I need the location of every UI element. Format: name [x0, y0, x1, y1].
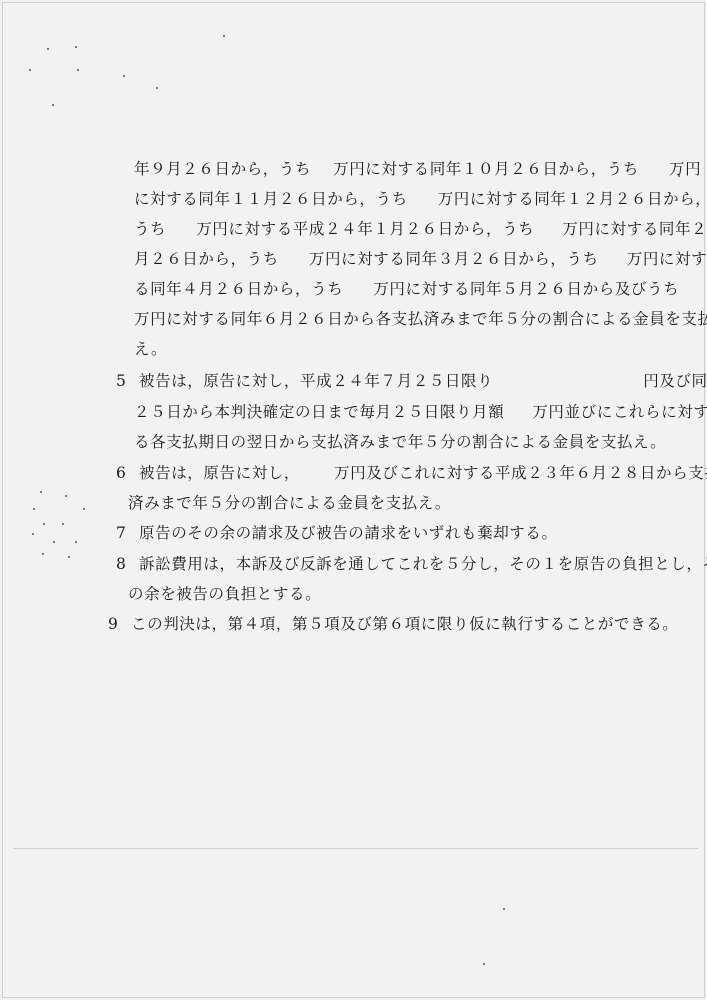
- text-line: 月２６日から，うち万円に対する同年３月２６日から，うち万円に対す: [134, 249, 707, 269]
- text-segment: この判決は，第４項，第５項及び第６項に限り仮に執行することができる。: [131, 615, 678, 633]
- item-number: 6: [116, 463, 126, 483]
- scan-speck: [75, 541, 77, 543]
- text-line: 被告は，原告に対し，平成２４年７月２５日限り円及び同年８月: [139, 371, 707, 391]
- text-line: に対する同年１１月２６日から，うち万円に対する同年１２月２６日から，: [134, 189, 707, 209]
- text-segment: 万円並びにこれらに対す: [532, 403, 707, 421]
- text-line: 原告のその余の請求及び被告の請求をいずれも棄却する。: [139, 523, 558, 543]
- text-segment: うち: [134, 220, 166, 238]
- item-number: 9: [108, 614, 118, 634]
- text-segment: 済みまで年５分の割合による金員を支払え。: [128, 494, 451, 512]
- text-segment: 万円及びこれに対する平成２３年６月２８日から支払: [334, 464, 707, 482]
- scan-speck: [40, 491, 42, 493]
- scan-speck: [32, 533, 34, 535]
- text-segment: 月２６日から，うち: [134, 250, 279, 268]
- text-line: 万円に対する同年６月２６日から各支払済みまで年５分の割合による金員を支払: [134, 309, 707, 329]
- text-segment: 訴訟費用は，本訴及び反訴を通してこれを５分し，その１を原告の負担とし，そ: [139, 555, 707, 573]
- text-line: え。: [134, 339, 167, 359]
- text-segment: 万円に対す: [627, 250, 707, 268]
- text-line: 被告は，原告に対し，万円及びこれに対する平成２３年６月２８日から支払: [139, 463, 707, 483]
- scan-speck: [68, 556, 70, 558]
- text-line: この判決は，第４項，第５項及び第６項に限り仮に執行することができる。: [131, 614, 678, 634]
- scan-speck: [83, 508, 85, 510]
- text-segment: 円及び同年８月: [643, 372, 707, 390]
- text-segment: に対する同年１１月２６日から，うち: [134, 190, 408, 208]
- text-segment: の余を被告の負担とする。: [128, 585, 321, 603]
- text-line: る各支払期日の翌日から支払済みまで年５分の割合による金員を支払え。: [134, 432, 666, 452]
- scan-speck: [47, 48, 49, 50]
- text-segment: る各支払期日の翌日から支払済みまで年５分の割合による金員を支払え。: [134, 433, 666, 451]
- text-segment: 万円に対する同年６月２６日から各支払済みまで年５分の割合による金員を支払: [134, 310, 707, 328]
- text-segment: 万円に対する同年３月２６日から，うち: [309, 250, 599, 268]
- item-number: 8: [116, 554, 126, 574]
- scan-speck: [223, 35, 225, 37]
- text-segment: 被告は，原告に対し，平成２４年７月２５日限り: [139, 372, 493, 390]
- scan-speck: [156, 87, 158, 89]
- text-segment: え。: [134, 340, 167, 358]
- text-segment: 万円に対する平成２４年１月２６日から，うち: [196, 220, 534, 238]
- text-segment: 万円に対する同年５月２６日から及びうち: [373, 280, 679, 298]
- scan-speck: [123, 75, 125, 77]
- text-segment: 万円に対する同年１０月２６日から，うち: [333, 160, 639, 178]
- scan-speck: [483, 963, 485, 965]
- document-page: 年９月２６日から，うち万円に対する同年１０月２６日から，うち万円 に対する同年１…: [2, 2, 705, 998]
- text-segment: 万円: [669, 160, 701, 178]
- text-segment: ２５日から本判決確定の日まで毎月２５日限り月額: [134, 403, 504, 421]
- text-line: ２５日から本判決確定の日まで毎月２５日限り月額万円並びにこれらに対す: [134, 402, 707, 422]
- text-line: の余を被告の負担とする。: [128, 584, 321, 604]
- footer-divider: [13, 848, 698, 849]
- text-line: 訴訟費用は，本訴及び反訴を通してこれを５分し，その１を原告の負担とし，そ: [139, 554, 707, 574]
- scan-speck: [43, 523, 45, 525]
- text-line: 済みまで年５分の割合による金員を支払え。: [128, 493, 451, 513]
- scan-speck: [33, 508, 35, 510]
- text-segment: 万円に対する同年２: [562, 220, 707, 238]
- scan-speck: [29, 69, 31, 71]
- scan-speck: [62, 523, 64, 525]
- text-segment: 被告は，原告に対し，: [139, 464, 300, 482]
- item-number: 7: [116, 523, 126, 543]
- scan-speck: [53, 541, 55, 543]
- scan-speck: [52, 104, 54, 106]
- text-line: うち万円に対する平成２４年１月２６日から，うち万円に対する同年２: [134, 219, 707, 239]
- scan-speck: [678, 175, 680, 177]
- text-line: 年９月２６日から，うち万円に対する同年１０月２６日から，うち万円: [134, 159, 701, 179]
- text-line: る同年４月２６日から，うち万円に対する同年５月２６日から及びうち: [134, 279, 679, 299]
- scan-speck: [503, 908, 505, 910]
- scan-speck: [42, 553, 44, 555]
- text-segment: 万円に対する同年１２月２６日から，: [438, 190, 707, 208]
- text-segment: 年９月２６日から，うち: [134, 160, 311, 178]
- text-segment: 原告のその余の請求及び被告の請求をいずれも棄却する。: [139, 524, 558, 542]
- scan-speck: [65, 495, 67, 497]
- scan-speck: [75, 46, 77, 48]
- scan-speck: [77, 69, 79, 71]
- text-segment: る同年４月２６日から，うち: [134, 280, 343, 298]
- item-number: 5: [116, 371, 126, 391]
